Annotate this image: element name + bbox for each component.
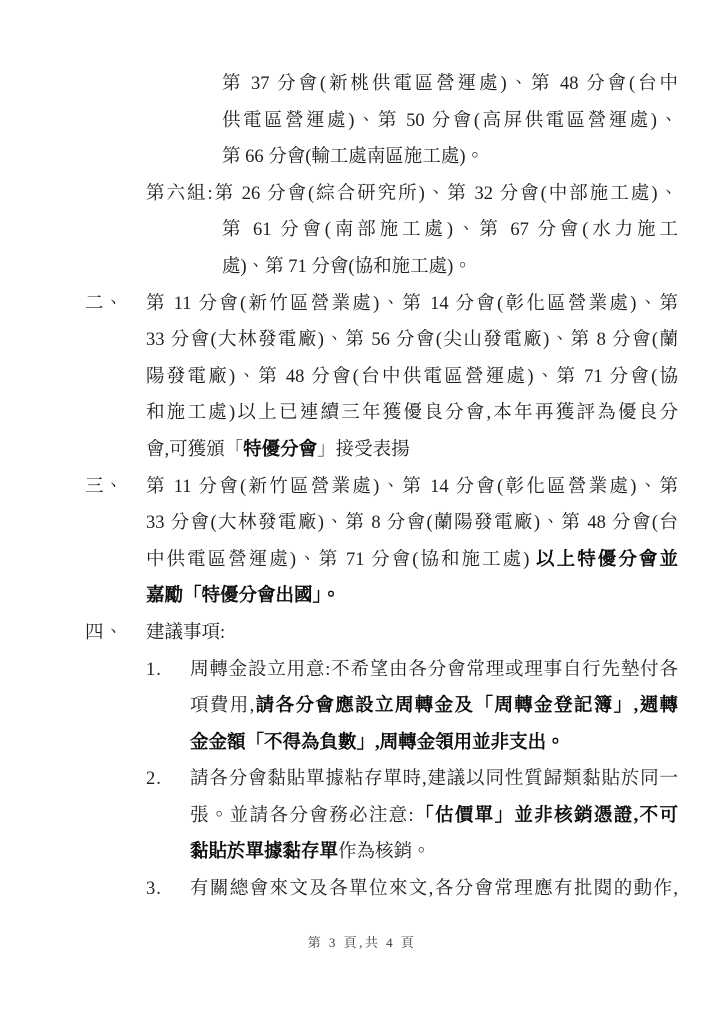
text-line: 第六組:第 26 分會(綜合研究所)、第 32 分會(中部施工處)、 (146, 176, 678, 213)
text-line: 和施工處)以上已連續三年獲優良分會,本年再獲評為優良分 (146, 395, 678, 432)
text-line: 中供電區營運處)、第 71 分會(協和施工處) 以上特優分會並 (146, 542, 678, 579)
text-line: 二、第 11 分會(新竹區營業處)、第 14 分會(彰化區營業處)、第 (146, 286, 678, 323)
text-line: 3.有關總會來文及各單位來文,各分會常理應有批閱的動作, (190, 871, 678, 908)
text-line: 項費用,請各分會應設立周轉金及「周轉金登記簿」,週轉 (190, 688, 678, 725)
text-segment: 黏貼於單據黏存單 (190, 842, 338, 862)
text-segment: 」接受表揚 (317, 440, 410, 460)
text-segment: 項費用, (190, 696, 254, 716)
text-line: 張。並請各分會務必注意:「估價單」並非核銷憑證,不可 (190, 798, 678, 835)
text-segment: 和施工處)以上已連續三年獲優良分會,本年再獲評為優良分 (146, 403, 678, 423)
text-line: 嘉勵「特優分會出國」。 (146, 578, 678, 615)
list-item-marker: 1. (146, 652, 162, 689)
text-line: 會,可獲頒「特優分會」接受表揚 (146, 432, 678, 469)
text-segment: 33 分會(大林發電廠)、第 56 分會(尖山發電廠)、第 8 分會(蘭 (146, 330, 678, 350)
text-segment: 第六組:第 26 分會(綜合研究所)、第 32 分會(中部施工處)、 (146, 184, 678, 204)
page-number: 第 3 頁,共 4 頁 (308, 935, 417, 950)
text-line: 第 37 分會(新桃供電區營運處)、第 48 分會(台中 (222, 66, 678, 103)
text-segment: 第 61 分會(南部施工處)、第 67 分會(水力施工 (222, 220, 678, 240)
text-line: 33 分會(大林發電廠)、第 8 分會(蘭陽發電廠)、第 48 分會(台 (146, 505, 678, 542)
text-line: 供電區營運處)、第 50 分會(高屏供電區營運處)、 (222, 103, 678, 140)
list-item-marker: 三、 (85, 469, 124, 506)
list-item-marker: 二、 (85, 286, 124, 323)
text-line: 第 61 分會(南部施工處)、第 67 分會(水力施工 (222, 212, 678, 249)
text-segment: 嘉勵「特優分會出國」。 (146, 586, 340, 606)
text-line: 2.請各分會黏貼單據粘存單時,建議以同性質歸類黏貼於同一 (190, 761, 678, 798)
text-segment: 金金額「不得為負數」,周轉金領用並非支出。 (190, 733, 565, 753)
list-item-marker: 2. (146, 761, 162, 798)
text-line: 1.周轉金設立用意:不希望由各分會常理或理事自行先墊付各 (190, 652, 678, 689)
text-line: 三、第 11 分會(新竹區營業處)、第 14 分會(彰化區營業處)、第 (146, 469, 678, 506)
text-line: 33 分會(大林發電廠)、第 56 分會(尖山發電廠)、第 8 分會(蘭 (146, 322, 678, 359)
text-segment: 第 66 分會(輸工處南區施工處)。 (222, 147, 484, 167)
text-segment: 特優分會 (243, 440, 317, 460)
text-line: 金金額「不得為負數」,周轉金領用並非支出。 (190, 725, 678, 762)
text-line: 黏貼於單據黏存單作為核銷。 (190, 834, 678, 871)
page-footer: 第 3 頁,共 4 頁 (0, 932, 724, 951)
text-segment: 第 37 分會(新桃供電區營運處)、第 48 分會(台中 (222, 74, 678, 94)
text-segment: 請各分會黏貼單據粘存單時,建議以同性質歸類黏貼於同一 (190, 769, 678, 789)
document-body: 第 37 分會(新桃供電區營運處)、第 48 分會(台中供電區營運處)、第 50… (0, 66, 724, 908)
document-page: 第 37 分會(新桃供電區營運處)、第 48 分會(台中供電區營運處)、第 50… (0, 0, 724, 1024)
text-segment: 「估價單」並非核銷憑證,不可 (414, 806, 678, 826)
text-segment: 作為核銷。 (338, 842, 431, 862)
text-segment: 處)、第 71 分會(協和施工處)。 (222, 257, 472, 277)
text-segment: 33 分會(大林發電廠)、第 8 分會(蘭陽發電廠)、第 48 分會(台 (146, 513, 678, 533)
text-segment: 張。並請各分會務必注意: (190, 806, 414, 826)
text-line: 第 66 分會(輸工處南區施工處)。 (222, 139, 678, 176)
text-line: 處)、第 71 分會(協和施工處)。 (222, 249, 678, 286)
text-segment: 以上特優分會並 (536, 550, 678, 570)
text-segment: 有關總會來文及各單位來文,各分會常理應有批閱的動作, (190, 879, 678, 899)
list-item-marker: 四、 (85, 615, 124, 652)
list-item-marker: 3. (146, 871, 162, 908)
text-segment: 中供電區營運處)、第 71 分會(協和施工處) (146, 550, 536, 570)
text-segment: 周轉金設立用意:不希望由各分會常理或理事自行先墊付各 (190, 660, 678, 680)
text-segment: 會,可獲頒「 (146, 440, 243, 460)
text-segment: 供電區營運處)、第 50 分會(高屏供電區營運處)、 (222, 111, 678, 131)
text-segment: 建議事項: (146, 623, 225, 643)
text-segment: 第 11 分會(新竹區營業處)、第 14 分會(彰化區營業處)、第 (146, 477, 678, 497)
text-segment: 陽發電廠)、第 48 分會(台中供電區營運處)、第 71 分會(協 (146, 367, 678, 387)
text-line: 陽發電廠)、第 48 分會(台中供電區營運處)、第 71 分會(協 (146, 359, 678, 396)
text-segment: 請各分會應設立周轉金及「周轉金登記簿」,週轉 (254, 696, 678, 716)
text-segment: 第 11 分會(新竹區營業處)、第 14 分會(彰化區營業處)、第 (146, 294, 678, 314)
text-line: 四、建議事項: (146, 615, 678, 652)
